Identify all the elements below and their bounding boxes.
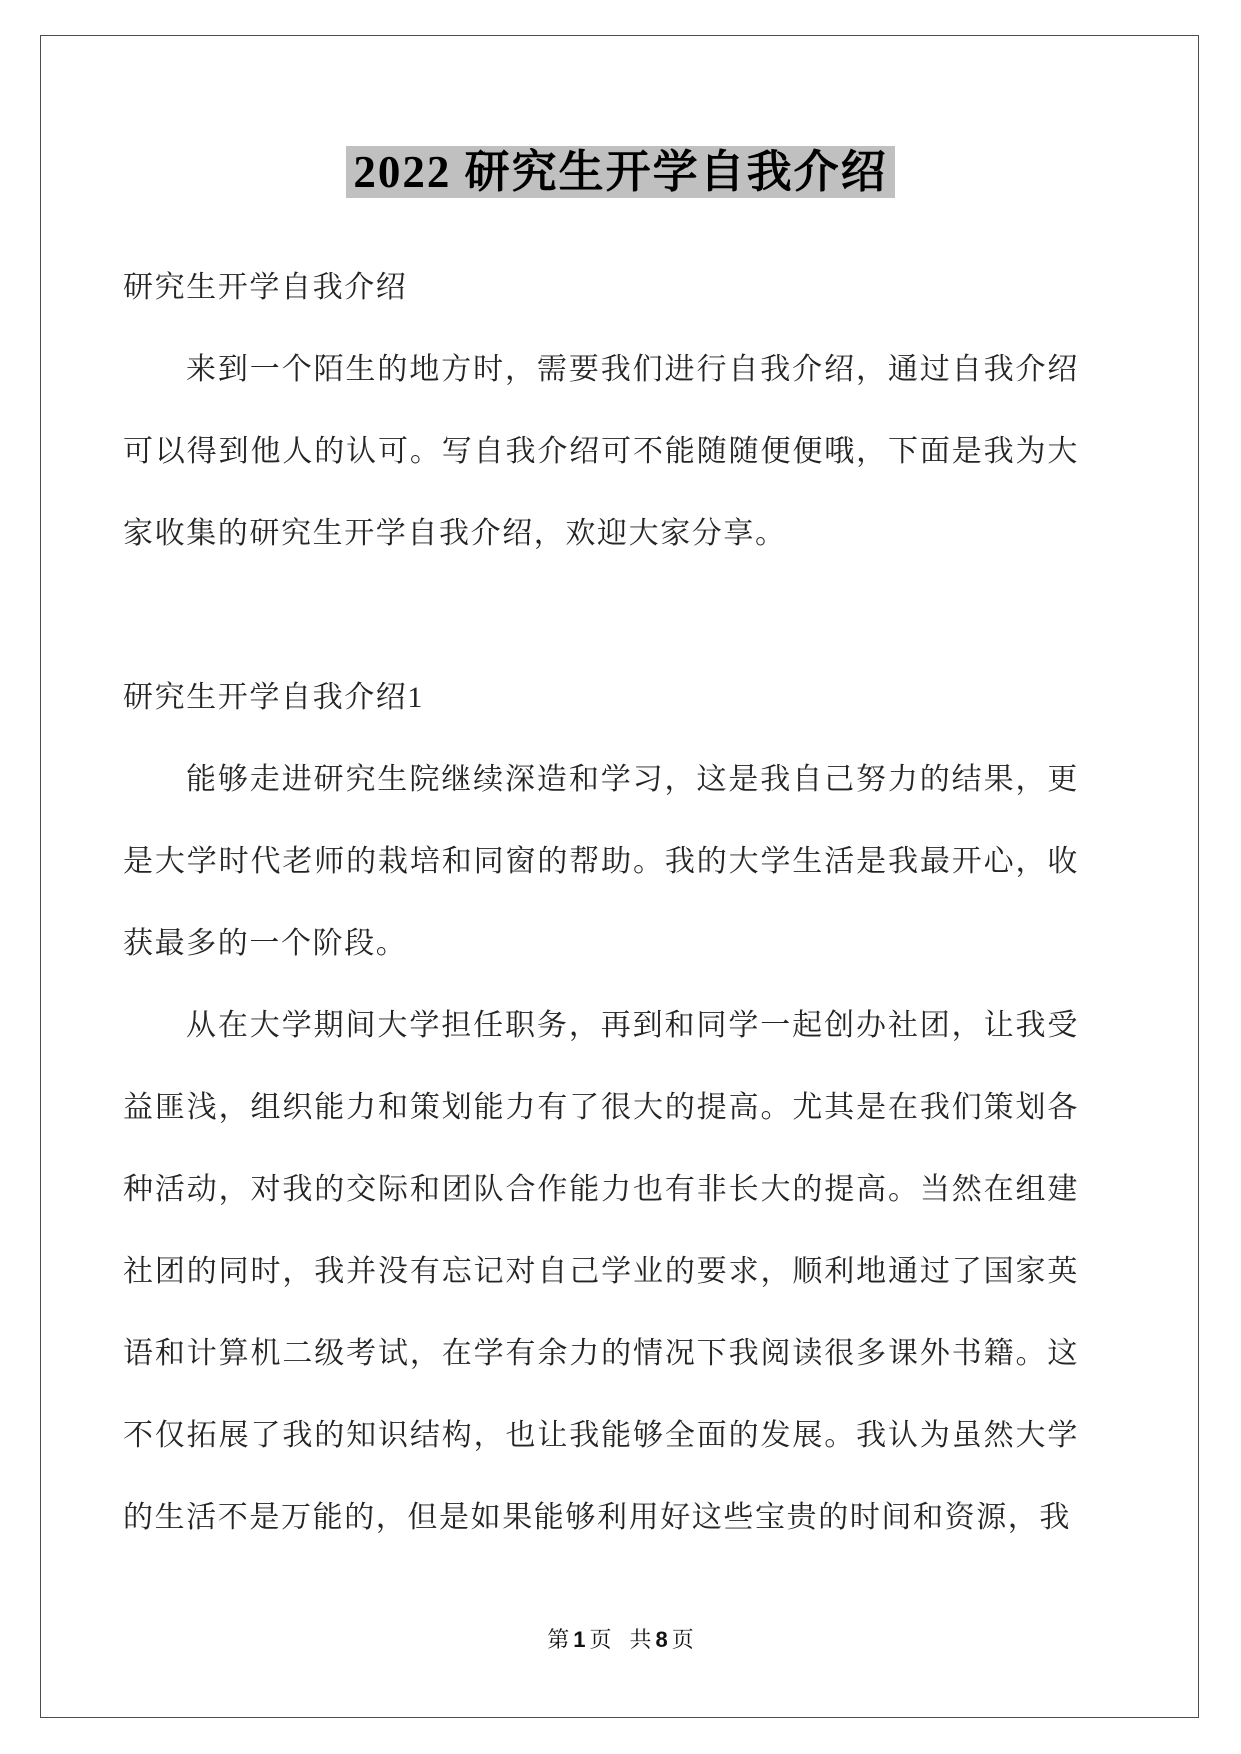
footer-label-total-prefix: 共 [630,1627,652,1652]
footer-label-page-suffix: 页 [589,1627,611,1652]
paragraph-intro: 来到一个陌生的地方时，需要我们进行自我介绍，通过自我介绍可以得到他人的认可。写自… [123,329,1079,575]
page-footer: 第1页共8页 [0,1626,1241,1654]
footer-label-page-prefix: 第 [547,1627,569,1652]
paragraph-body-2: 从在大学期间大学担任职务，再到和同学一起创办社团，让我受益匪浅，组织能力和策划能… [123,985,1079,1559]
document-body: 研究生开学自我介绍 来到一个陌生的地方时，需要我们进行自我介绍，通过自我介绍可以… [123,247,1079,1559]
title-highlight: 2022 研究生开学自我介绍 [346,146,894,198]
paragraph-blank-line [123,575,1079,657]
paragraph-lead: 研究生开学自我介绍 [123,247,1079,329]
footer-total-page-number: 8 [656,1627,668,1652]
document-title: 2022 研究生开学自我介绍 [0,146,1241,198]
paragraph-section-heading: 研究生开学自我介绍1 [123,657,1079,739]
footer-label-total-suffix: 页 [672,1627,694,1652]
footer-current-page-number: 1 [573,1627,585,1652]
paragraph-body-1: 能够走进研究生院继续深造和学习，这是我自己努力的结果，更是大学时代老师的栽培和同… [123,739,1079,985]
